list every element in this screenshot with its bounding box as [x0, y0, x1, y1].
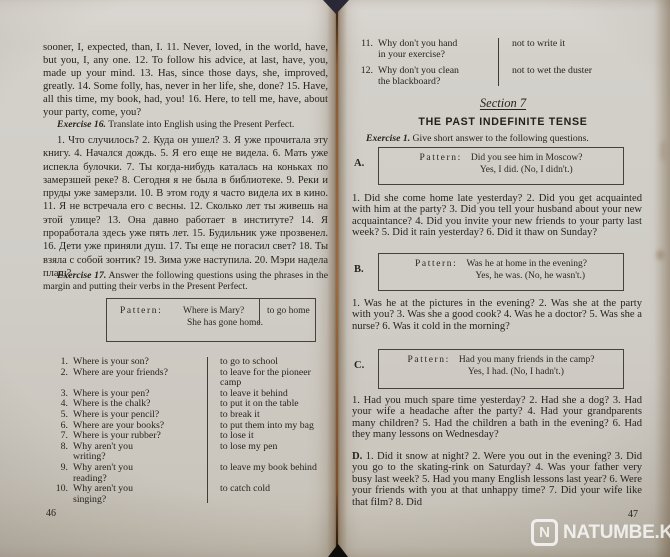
exercise-17-heading: Exercise 17. Answer the following questi…	[43, 270, 328, 293]
section-c-questions: 1. Had you much spare time yesterday? 2.…	[352, 395, 642, 441]
right-page: 11. Why don't you hand in your exercise?…	[336, 0, 670, 557]
pattern-answer: Yes, I did. (No, I didn't.)	[471, 165, 583, 177]
item-number: 7.	[47, 431, 73, 442]
item-number: 5.	[47, 410, 73, 421]
pattern-example: Did you see him in Moscow? Yes, I did. (…	[471, 153, 583, 176]
column-divider-line	[207, 357, 208, 503]
natumbe-logo-icon: N	[531, 519, 558, 546]
pattern-answer: She has gone home.	[183, 318, 263, 330]
page-number-left: 46	[46, 508, 56, 519]
pattern-margin-phrase: to go home	[267, 306, 310, 318]
exercise-16-instruction: Translate into English using the Present…	[108, 119, 294, 130]
exercise-1-instruction: Give short answer to the following quest…	[413, 133, 589, 144]
pattern-label: Pattern:	[415, 259, 457, 271]
item-question: Why don't you hand in your exercise?	[378, 38, 494, 60]
word-order-sentences: sooner, I, expected, than, I. 11. Never,…	[43, 41, 328, 118]
watermark-text: NATUMBE.KZ	[563, 522, 670, 544]
section-d-text: 1. Did it snow at night? 2. Were you out…	[352, 451, 642, 508]
exercise-1-label: Exercise 1.	[366, 133, 410, 144]
open-book-photo: sooner, I, expected, than, I. 11. Never,…	[0, 0, 670, 557]
pattern-label: Pattern:	[408, 355, 450, 367]
pattern-question: Had you many friends in the camp?	[459, 355, 595, 367]
list-item: 2. Where are your friends? to leave for …	[47, 368, 328, 389]
question-phrase-list-continued: 11. Why don't you hand in your exercise?…	[352, 38, 644, 92]
pattern-question: Did you see him in Moscow?	[471, 153, 583, 165]
item-phrase: to leave my book behind	[199, 463, 328, 474]
section-a-questions: 1. Did she come home late yesterday? 2. …	[352, 193, 642, 239]
item-number: 1.	[47, 357, 73, 368]
pattern-example: Had you many friends in the camp? Yes, I…	[459, 355, 595, 378]
question-phrase-list: 1. Where is your son? to go to school 2.…	[47, 357, 328, 505]
item-number: 3.	[47, 389, 73, 400]
item-phrase: to leave for the pioneer camp	[199, 368, 328, 389]
item-phrase: to lose my pen	[199, 442, 328, 453]
pattern-label: Pattern:	[420, 153, 462, 165]
watermark: N NATUMBE.KZ	[531, 519, 670, 546]
section-c-label: C.	[354, 360, 364, 371]
item-phrase: to catch cold	[199, 484, 328, 495]
item-number: 9.	[47, 463, 73, 474]
item-phrase: to break it	[199, 410, 328, 421]
pattern-box-divider	[259, 299, 260, 325]
list-item: 8. Why aren't you writing? to lose my pe…	[47, 442, 328, 463]
section-d-label: D.	[352, 451, 362, 462]
section-b-label: B.	[354, 264, 364, 275]
item-phrase: to go to school	[199, 357, 328, 368]
item-number: 11.	[352, 38, 378, 49]
section-7-title: Section 7	[336, 96, 670, 111]
russian-sentences-paragraph: 1. Что случилось? 2. Куда он ушел? 3. Я …	[43, 134, 328, 280]
section-a-label: A.	[354, 158, 364, 169]
item-question: Why aren't you reading?	[73, 463, 199, 484]
item-question: Where is your son?	[73, 357, 199, 368]
pattern-box-b: Pattern: Was he at home in the evening? …	[378, 253, 624, 291]
item-number: 4.	[47, 399, 73, 410]
item-question: Why don't you clean the blackboard?	[378, 65, 494, 87]
section-b-questions: 1. Was he at the pictures in the evening…	[352, 298, 642, 332]
item-number: 6.	[47, 421, 73, 432]
item-phrase: to put them into my bag	[199, 421, 328, 432]
item-phrase: not to write it	[494, 38, 644, 49]
exercise-17-label: Exercise 17.	[57, 270, 106, 281]
item-number: 2.	[47, 368, 73, 379]
left-page: sooner, I, expected, than, I. 11. Never,…	[0, 0, 336, 557]
chapter-title-past-indefinite: THE PAST INDEFINITE TENSE	[336, 116, 670, 128]
pattern-question: Where is Mary?	[183, 306, 263, 318]
list-item: 1. Where is your son? to go to school	[47, 357, 328, 368]
item-number: 12.	[352, 65, 378, 76]
pattern-example: Was he at home in the evening? Yes, he w…	[466, 259, 587, 282]
pattern-answer: Yes, he was. (No, he wasn't.)	[466, 271, 587, 283]
pattern-question: Was he at home in the evening?	[466, 259, 587, 271]
item-phrase: to put it on the table	[199, 399, 328, 410]
pattern-box-a: Pattern: Did you see him in Moscow? Yes,…	[378, 147, 624, 185]
item-question: Why aren't you writing?	[73, 442, 199, 463]
pattern-example: Where is Mary? She has gone home.	[183, 306, 263, 329]
section-d-questions: D. 1. Did it snow at night? 2. Were you …	[352, 451, 642, 508]
pattern-answer: Yes, I had. (No, I hadn't.)	[459, 367, 595, 379]
list-item: 5. Where is your pencil? to break it	[47, 410, 328, 421]
column-divider-line	[498, 38, 499, 86]
pattern-box-exercise-17: Pattern: Where is Mary? She has gone hom…	[106, 298, 316, 342]
item-number: 8.	[47, 442, 73, 453]
item-question: Why aren't you singing?	[73, 484, 199, 505]
pattern-box-c: Pattern: Had you many friends in the cam…	[378, 349, 624, 389]
item-question: Where is your pencil?	[73, 410, 199, 421]
list-item: 9. Why aren't you reading? to leave my b…	[47, 463, 328, 484]
item-number: 10.	[47, 484, 73, 495]
exercise-16-heading: Exercise 16. Translate into English usin…	[43, 119, 328, 130]
item-phrase: not to wet the duster	[494, 65, 644, 76]
exercise-1-heading: Exercise 1. Give short answer to the fol…	[352, 133, 640, 144]
exercise-16-label: Exercise 16.	[57, 119, 106, 130]
item-question: Where are your friends?	[73, 368, 199, 379]
list-item: 10. Why aren't you singing? to catch col…	[47, 484, 328, 505]
pattern-label: Pattern:	[120, 306, 162, 318]
